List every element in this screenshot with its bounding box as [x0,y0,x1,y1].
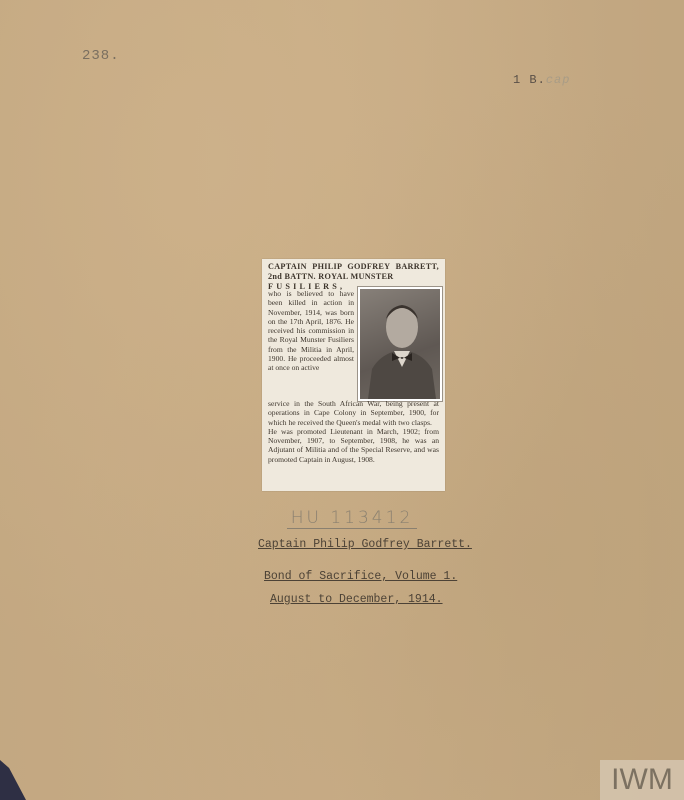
reference-mark-text: B. [529,73,545,87]
reference-faint: cap [546,73,571,87]
reference-prefix: 1 [513,73,521,87]
clipping-paragraph-2: He was promoted Lieutenant in March, 190… [268,427,439,464]
caption-period: August to December, 1914. [270,593,443,606]
clipping-text-bottom: service in the South African War, being … [268,399,439,464]
page-number: 238. [82,48,120,64]
corner-background [0,760,26,800]
catalog-number: HU 113412 [287,508,417,529]
clipping-paragraph-1: service in the South African War, being … [268,399,439,427]
iwm-watermark: IWM [600,760,684,800]
portrait-photo [358,287,442,401]
clipping-heading-text: CAPTAIN PHILIP GODFREY BARRETT, 2nd BATT… [268,262,439,281]
caption-name: Captain Philip Godfrey Barrett. [258,538,472,551]
portrait-icon [360,289,440,399]
reference-mark: 1 B.cap [513,73,570,87]
newspaper-clipping: CAPTAIN PHILIP GODFREY BARRETT, 2nd BATT… [262,259,445,491]
caption-source: Bond of Sacrifice, Volume 1. [264,570,457,583]
clipping-text-left: who is believed to have been killed in a… [268,289,354,373]
